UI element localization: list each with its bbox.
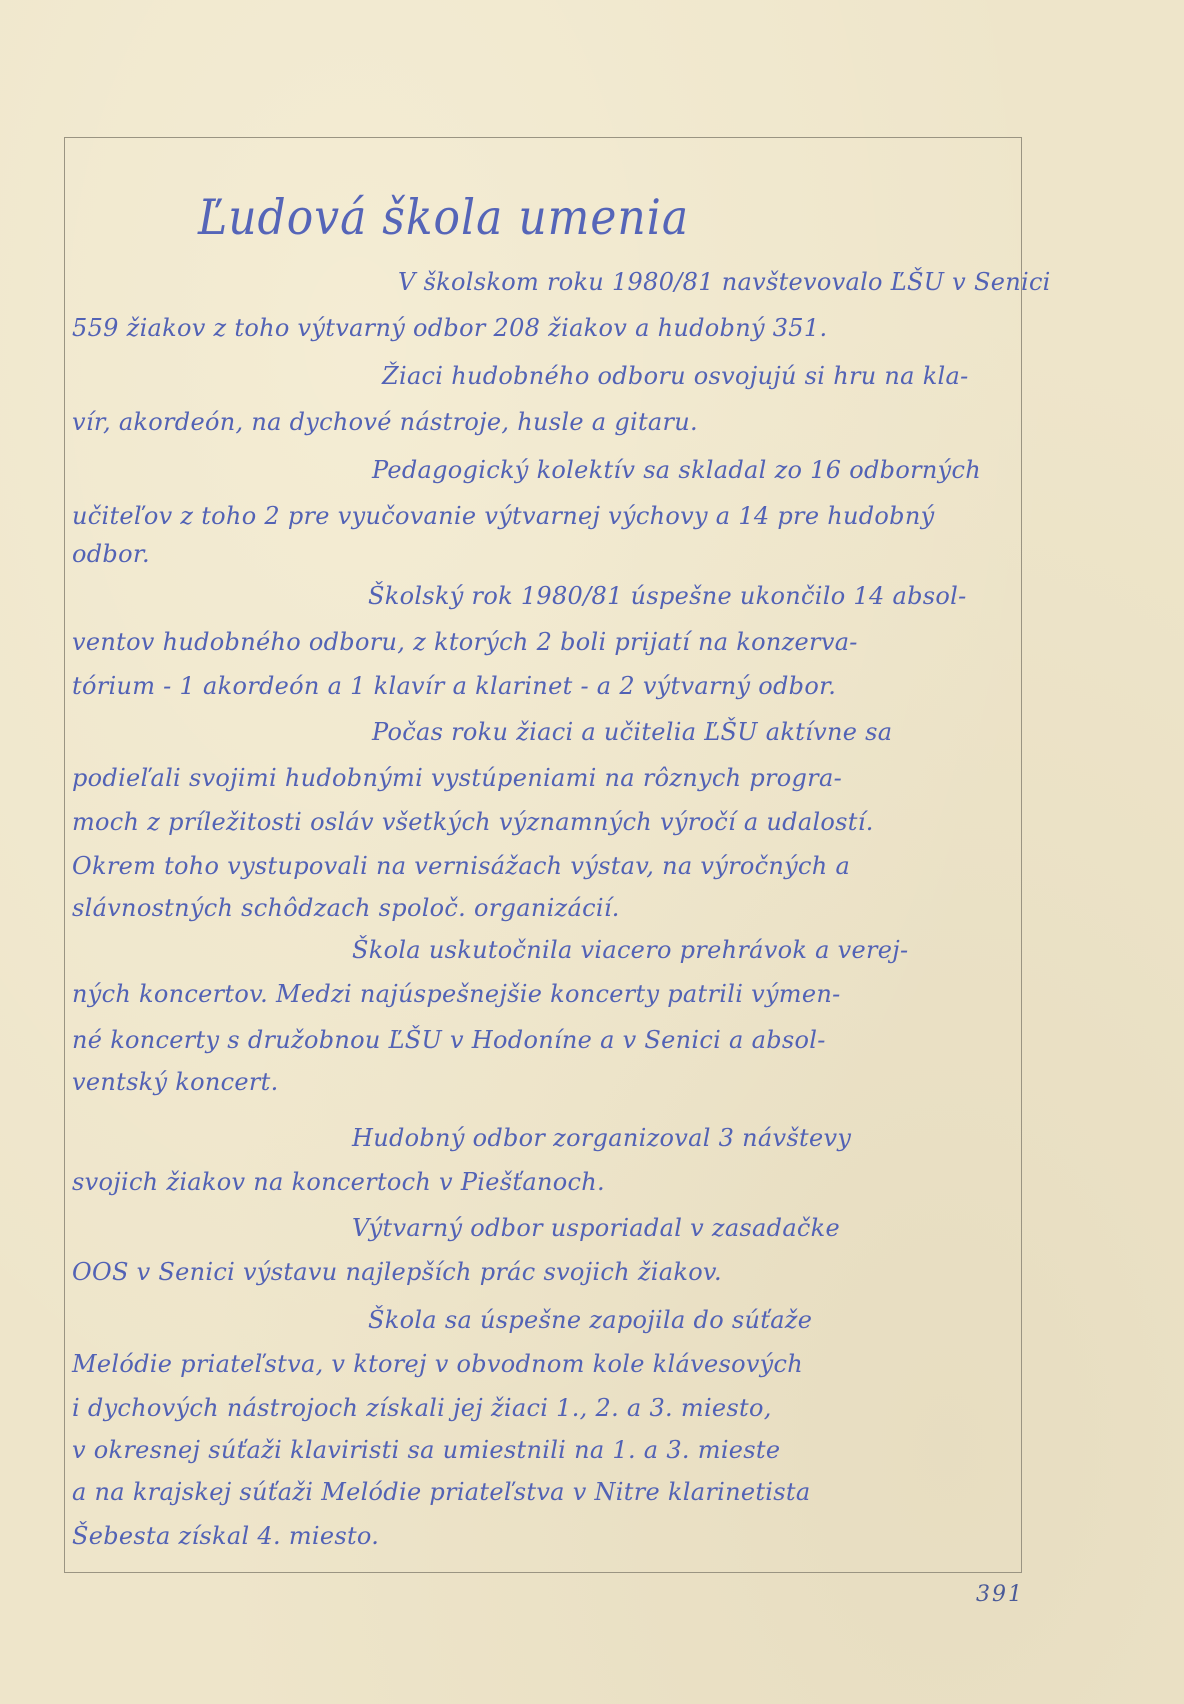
text-line: Škola sa úspešne zapojila do súťaže [368, 1306, 812, 1334]
text-line: slávnostných schôdzach spoloč. organizác… [72, 894, 620, 922]
text-line: a na krajskej súťaži Melódie priateľstva… [72, 1478, 810, 1506]
text-line: Počas roku žiaci a učitelia ĽŠU aktívne … [372, 718, 892, 746]
text-line: V školskom roku 1980/81 navštevovalo ĽŠU… [398, 268, 1051, 296]
text-line: svojich žiakov na koncertoch v Piešťanoc… [72, 1168, 605, 1196]
text-line: v okresnej súťaži klaviristi sa umiestni… [72, 1436, 780, 1464]
text-line: ných koncertov. Medzi najúspešnejšie kon… [72, 980, 841, 1008]
text-line: Škola uskutočnila viacero prehrávok a ve… [352, 936, 908, 964]
text-line: Šebesta získal 4. miesto. [72, 1522, 379, 1550]
text-line: ventov hudobného odboru, z ktorých 2 bol… [72, 628, 858, 656]
page-number: 391 [976, 1582, 1024, 1607]
text-line: Hudobný odbor zorganizoval 3 návštevy [352, 1124, 851, 1152]
text-line: Melódie priateľstva, v ktorej v obvodnom… [72, 1350, 803, 1378]
text-line: Okrem toho vystupovali na vernisážach vý… [72, 852, 850, 880]
text-line: odbor. [72, 540, 150, 568]
text-line: Školský rok 1980/81 úspešne ukončilo 14 … [368, 582, 967, 610]
text-line: i dychových nástrojoch získali jej žiaci… [72, 1394, 772, 1422]
text-line: 559 žiakov z toho výtvarný odbor 208 žia… [72, 314, 827, 342]
text-line: né koncerty s družobnou ĽŠU v Hodoníne a… [72, 1026, 826, 1054]
text-line: Výtvarný odbor usporiadal v zasadačke [352, 1214, 840, 1242]
text-line: učiteľov z toho 2 pre vyučovanie výtvarn… [72, 502, 934, 530]
text-line: ventský koncert. [72, 1068, 279, 1096]
page-title: Ľudová škola umenia [198, 190, 689, 246]
text-line: vír, akordeón, na dychové nástroje, husl… [72, 408, 698, 436]
text-line: moch z príležitosti osláv všetkých význa… [72, 808, 874, 836]
text-line: podieľali svojimi hudobnými vystúpeniami… [72, 764, 842, 792]
text-line: tórium - 1 akordeón a 1 klavír a klarine… [72, 672, 836, 700]
text-line: Pedagogický kolektív sa skladal zo 16 od… [372, 456, 981, 484]
text-line: Žiaci hudobného odboru osvojujú si hru n… [382, 362, 969, 390]
text-line: OOS v Senici výstavu najlepších prác svo… [72, 1258, 722, 1286]
